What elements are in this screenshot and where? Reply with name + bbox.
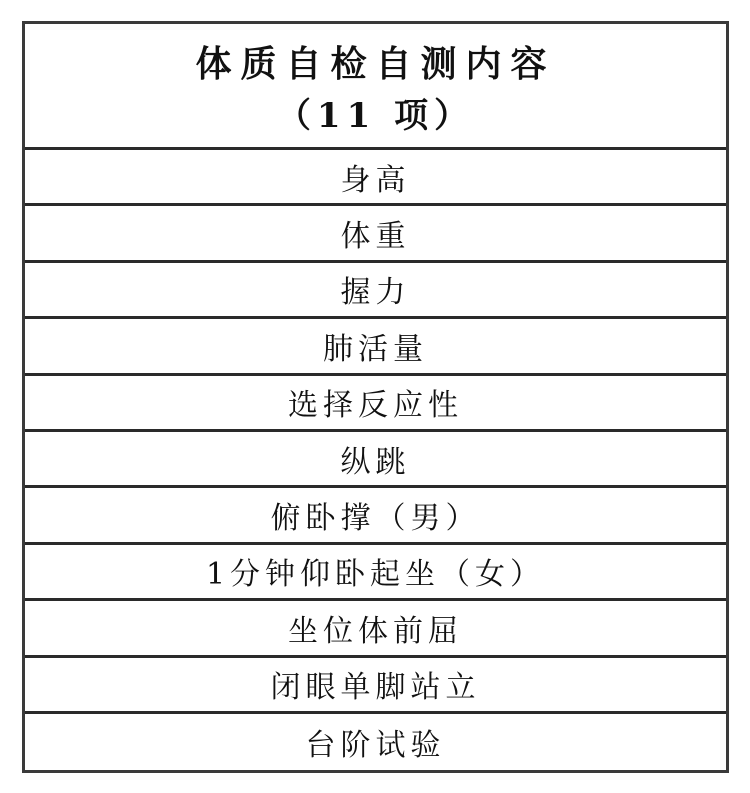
table-row: 纵跳	[25, 432, 726, 488]
table-header: 体质自检自测内容 （11 项）	[25, 24, 726, 150]
self-test-table: 体质自检自测内容 （11 项） 身高 体重 握力 肺活量 选择反应性 纵跳 俯卧…	[22, 21, 729, 773]
table-row: 台阶试验	[25, 714, 726, 770]
table-row: 体重	[25, 206, 726, 262]
table-title: 体质自检自测内容	[25, 38, 726, 90]
table-row: 握力	[25, 263, 726, 319]
table-row: 俯卧撑（男）	[25, 488, 726, 544]
table-row: 坐位体前屈	[25, 601, 726, 657]
table-subtitle: （11 项）	[25, 90, 726, 142]
table-row: 身高	[25, 150, 726, 206]
table-row: 肺活量	[25, 319, 726, 375]
table-row: 选择反应性	[25, 376, 726, 432]
table-row: 闭眼单脚站立	[25, 658, 726, 714]
table-row: 1分钟仰卧起坐（女）	[25, 545, 726, 601]
